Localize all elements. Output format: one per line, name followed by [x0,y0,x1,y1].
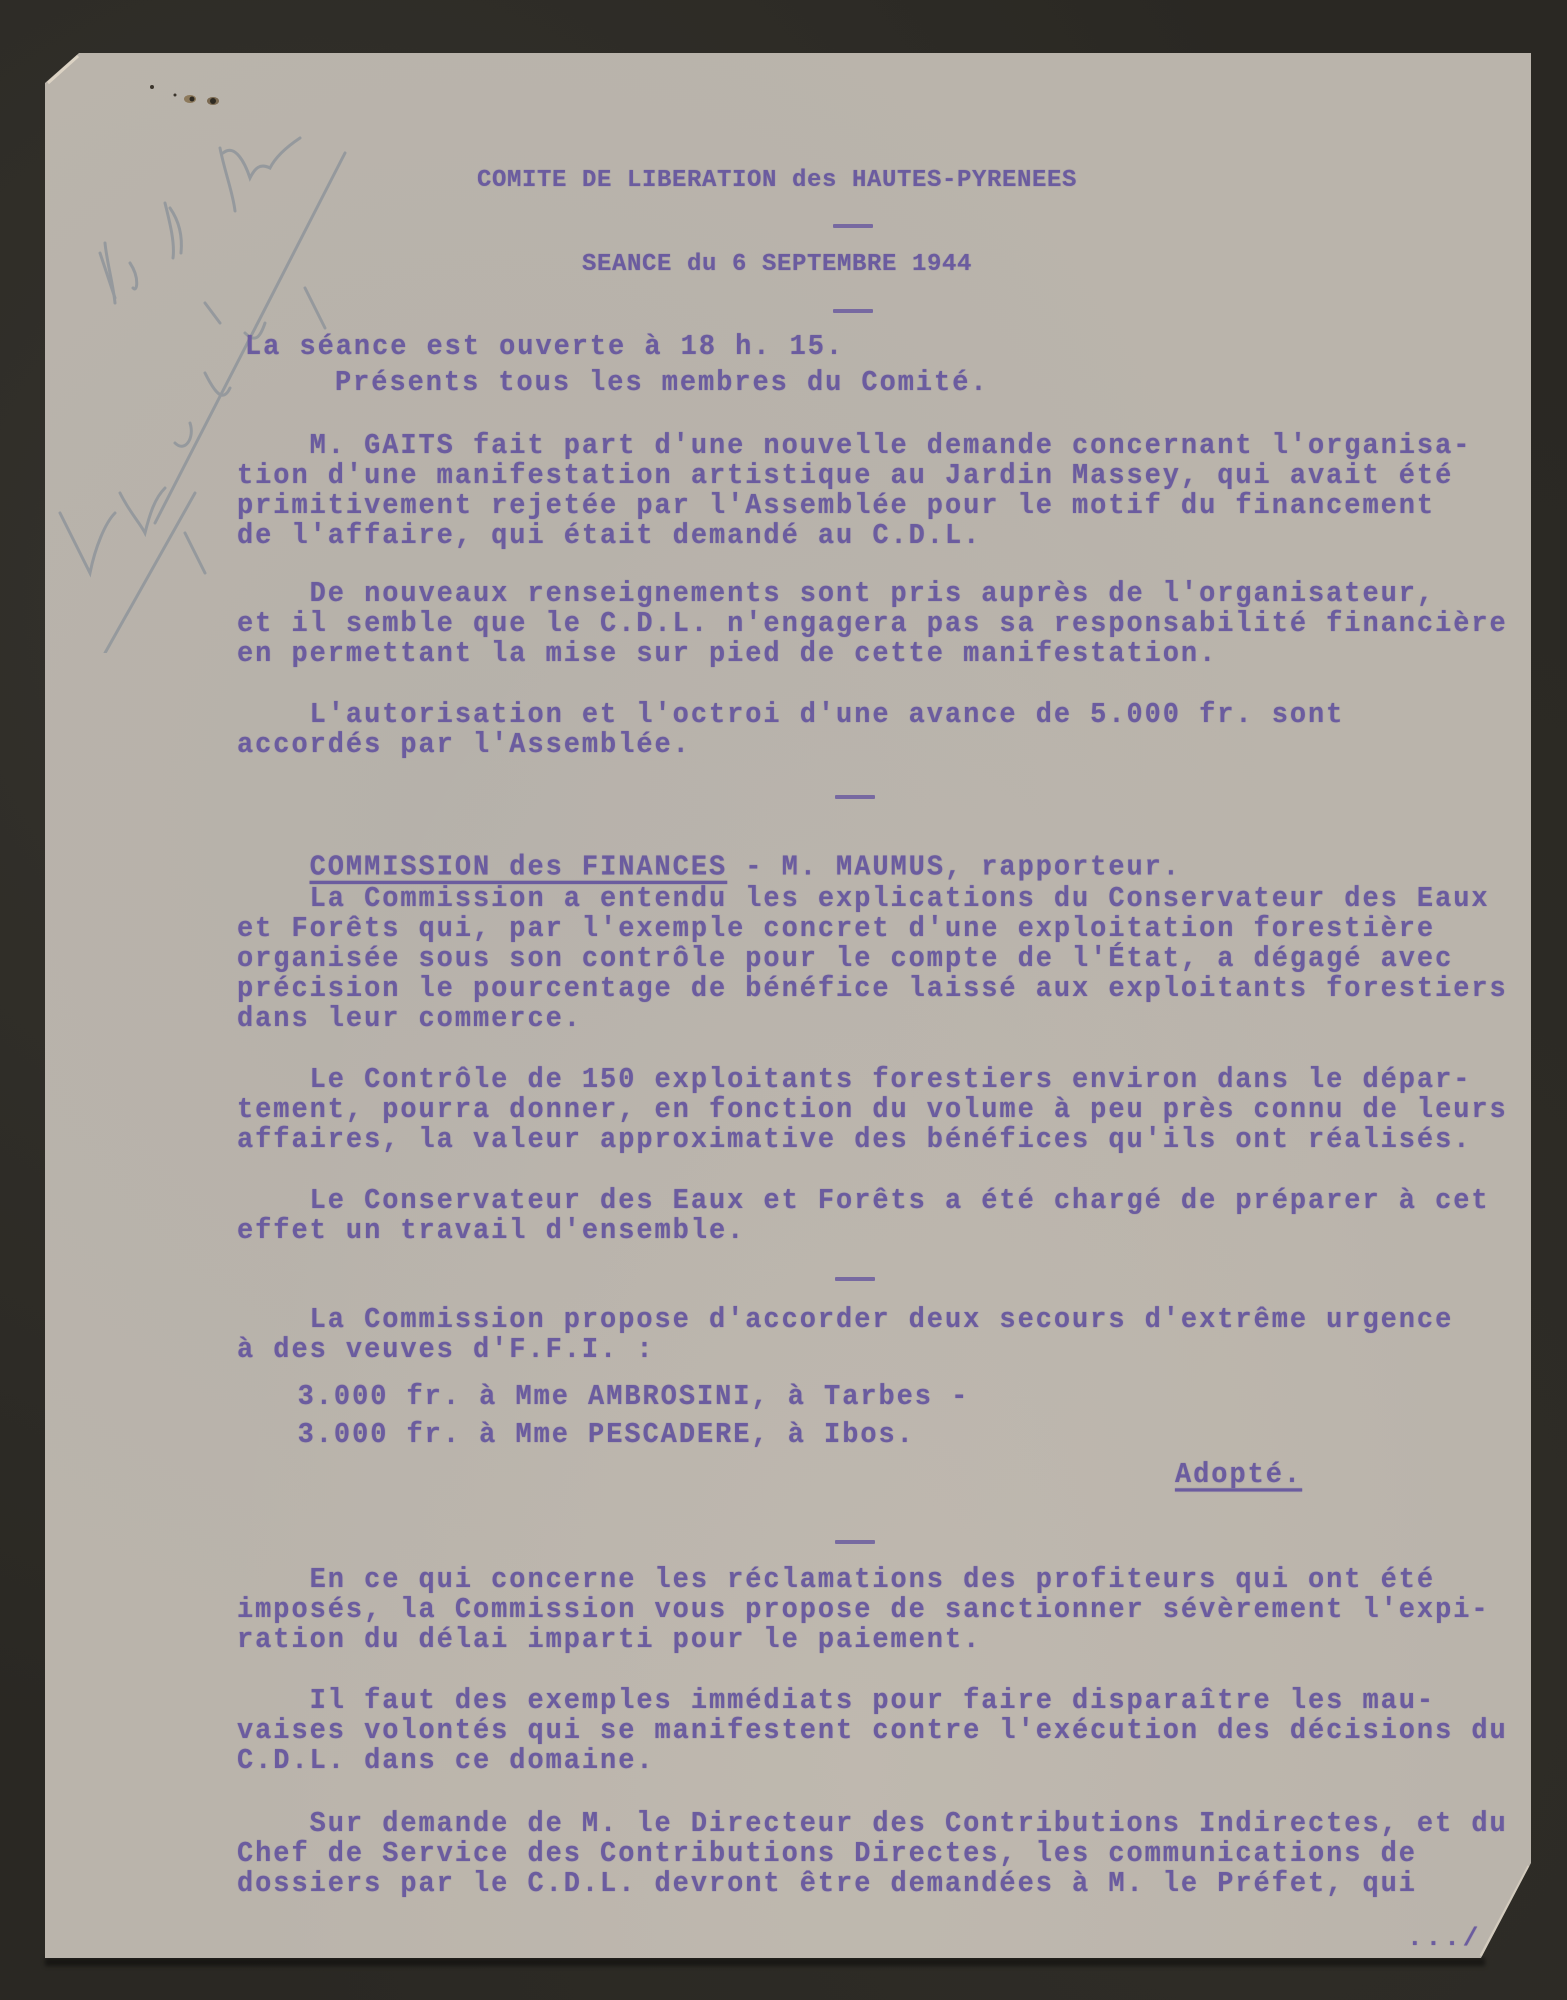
separator-dash [833,309,873,313]
separator-dash [835,1540,875,1544]
paragraph-line: imposés, la Commission vous propose de s… [237,1595,1490,1627]
paragraph-line: Chef de Service des Contributions Direct… [237,1839,1417,1871]
decision-adopted: Adopté. [1175,1460,1302,1492]
paragraph-line: M. GAITS fait part d'une nouvelle demand… [237,431,1471,463]
paragraph-line: Il faut des exemples immédiats pour fair… [237,1686,1435,1718]
paragraph-line: accordés par l'Assemblée. [237,730,691,762]
paper-shadow [45,1958,1485,1966]
paragraph-line: tion d'une manifestation artistique au J… [237,461,1453,493]
allocation-pescadere: 3.000 fr. à Mme PESCADERE, à Ibos. [225,1420,915,1452]
paragraph-line: à des veuves d'F.F.I. : [237,1335,655,1367]
separator-dash [835,795,875,799]
attendance-line: Présents tous les membres du Comité. [335,368,989,400]
paragraph-line: primitivement rejetée par l'Assemblée po… [237,491,1435,523]
allocation-ambrosini: 3.000 fr. à Mme AMBROSINI, à Tarbes - [225,1382,969,1414]
paragraph-line: L'autorisation et l'octroi d'une avance … [237,700,1344,732]
paragraph-line: ration du délai imparti pour le paiement… [237,1625,981,1657]
paragraph-line: tement, pourra donner, en fonction du vo… [237,1095,1508,1127]
paragraph-line: Sur demande de M. le Directeur des Contr… [237,1809,1508,1841]
separator-dash [833,224,873,228]
paragraph-line: Le Contrôle de 150 exploitants forestier… [237,1065,1471,1097]
session-date: SEANCE du 6 SEPTEMBRE 1944 [34,251,1520,279]
paragraph-line: La Commission a entendu les explications… [237,884,1490,916]
paragraph-line: précision le pourcentage de bénéfice lai… [237,974,1508,1006]
document-title: COMITE DE LIBERATION des HAUTES-PYRENEES [34,167,1520,195]
document-page: COMITE DE LIBERATION des HAUTES-PYRENEES… [45,53,1531,1958]
paragraph-line: et il semble que le C.D.L. n'engagera pa… [237,609,1508,641]
paragraph-line: affaires, la valeur approximative des bé… [237,1125,1471,1157]
paragraph-line: La Commission propose d'accorder deux se… [237,1305,1453,1337]
paragraph-line: vaises volontés qui se manifestent contr… [237,1716,1508,1748]
paragraph-line: en permettant la mise sur pied de cette … [237,639,1217,671]
paragraph-line: Le Conservateur des Eaux et Forêts a été… [237,1186,1490,1218]
paragraph-line: de l'affaire, qui était demandé au C.D.L… [237,521,981,553]
paragraph-line: C.D.L. dans ce domaine. [237,1746,655,1778]
paragraph-line: dossiers par le C.D.L. devront être dema… [237,1869,1417,1901]
paragraph-line: dans leur commerce. [237,1004,582,1036]
opening-line: La séance est ouverte à 18 h. 15. [245,332,844,364]
paragraph-line: organisée sous son contrôle pour le comp… [237,944,1453,976]
separator-dash [835,1277,875,1281]
section-rapporteur: - M. MAUMUS, rapporteur. [727,853,1181,885]
paragraph-line: De nouveaux renseignements sont pris aup… [237,579,1435,611]
section-title-commission-finances: COMMISSION des FINANCES [310,853,728,885]
paragraph-line: En ce qui concerne les réclamations des … [237,1565,1435,1597]
paragraph-line: effet un travail d'ensemble. [237,1216,745,1248]
paragraph-line: et Forêts qui, par l'exemple concret d'u… [237,914,1435,946]
